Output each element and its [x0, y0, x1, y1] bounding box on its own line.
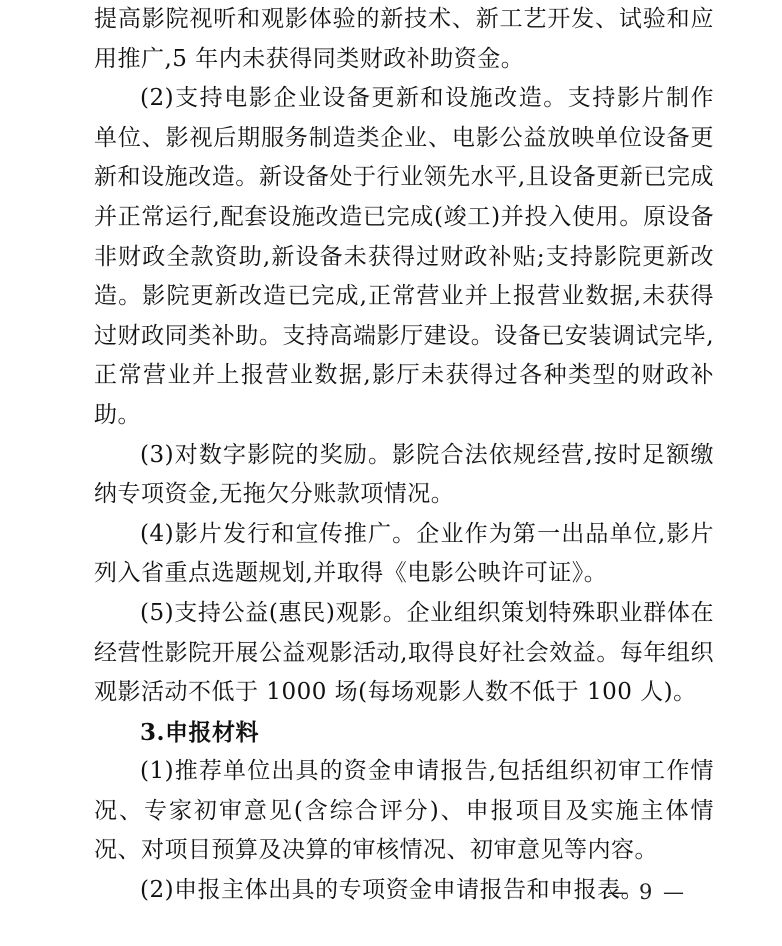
page-number: — 9 —: [607, 878, 686, 906]
paragraph-continuation: 提高影院视听和观影体验的新技术、新工艺开发、试验和应用推广,5 年内未获得同类财…: [94, 0, 714, 79]
document-body: 提高影院视听和观影体验的新技术、新工艺开发、试验和应用推广,5 年内未获得同类财…: [94, 0, 714, 911]
paragraph-item-3: (3)对数字影院的奖励。影院合法依规经营,按时足额缴纳专项资金,无拖欠分账款项情…: [94, 436, 714, 515]
paragraph-item-5: (5)支持公益(惠民)观影。企业组织策划特殊职业群体在经营性影院开展公益观影活动…: [94, 594, 714, 713]
section-heading-materials: 3.申报材料: [94, 713, 714, 753]
paragraph-material-1: (1)推荐单位出具的资金申请报告,包括组织初审工作情况、专家初审意见(含综合评分…: [94, 752, 714, 871]
document-page: 提高影院视听和观影体验的新技术、新工艺开发、试验和应用推广,5 年内未获得同类财…: [0, 0, 782, 946]
paragraph-item-2: (2)支持电影企业设备更新和设施改造。支持影片制作单位、影视后期服务制造类企业、…: [94, 79, 714, 435]
paragraph-item-4: (4)影片发行和宣传推广。企业作为第一出品单位,影片列入省重点选题规划,并取得《…: [94, 515, 714, 594]
